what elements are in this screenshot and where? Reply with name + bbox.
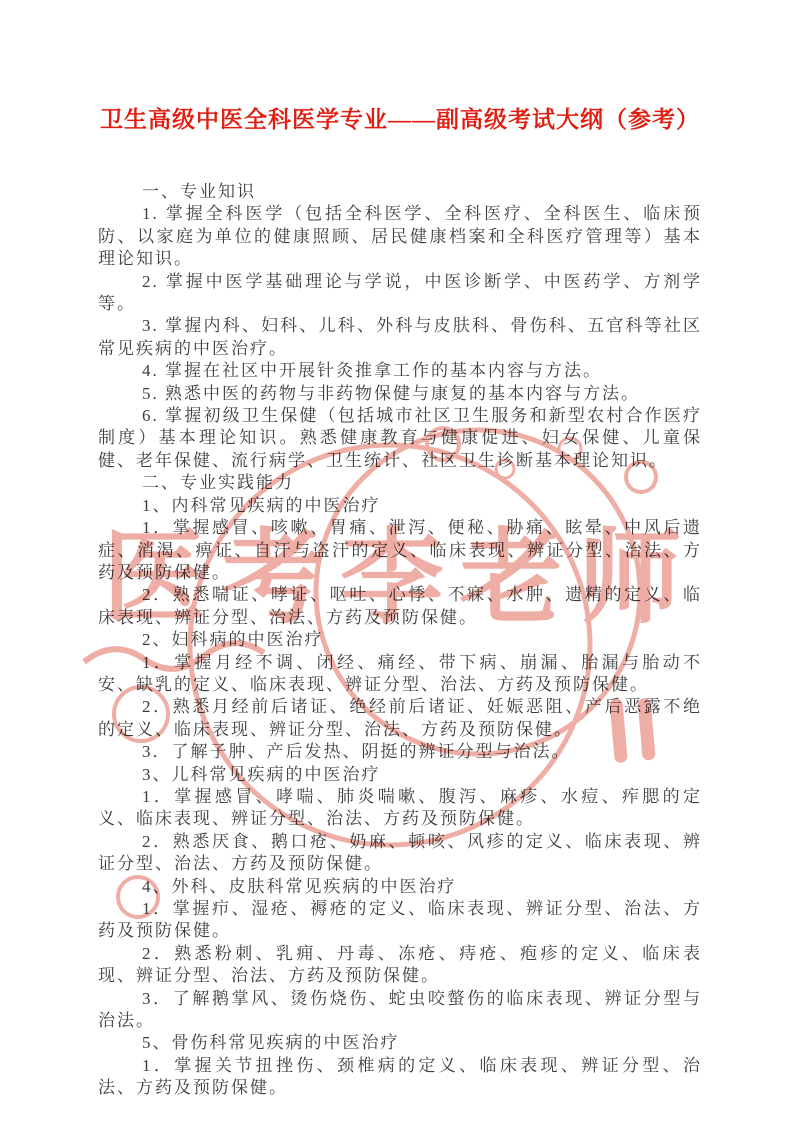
subsection-heading: 1、内科常见疾病的中医治疗 [98,495,702,517]
paragraph: 2．熟悉喘证、哮证、呕吐、心悸、不寐、水肿、遗精的定义、临床表现、辨证分型、治法… [98,584,702,629]
subsection-heading: 5、骨伤科常见疾病的中医治疗 [98,1032,702,1054]
document-page: 卫生高级中医全科医学专业——副高级考试大纲（参考） 一、专业知识 1. 掌握全科… [0,0,800,1132]
subsection-heading: 4、外科、皮肤科常见疾病的中医治疗 [98,876,702,898]
paragraph: 2．熟悉粉刺、乳痈、丹毒、冻疮、痔疮、疱疹的定义、临床表现、辨证分型、治法、方药… [98,943,702,988]
paragraph: 1．掌握感冒、哮喘、肺炎喘嗽、腹泻、麻疹、水痘、痄腮的定义、临床表现、辨证分型、… [98,786,702,831]
paragraph: 1．掌握感冒、咳嗽、胃痛、泄泻、便秘、胁痛、眩晕、中风后遗症、消渴、痹证、自汗与… [98,517,702,584]
paragraph: 1．掌握关节扭挫伤、颈椎病的定义、临床表现、辨证分型、治法、方药及预防保健。 [98,1055,702,1100]
section-heading: 二、专业实践能力 [98,472,702,494]
paragraph: 3．了解鹅掌风、烫伤烧伤、蛇虫咬螫伤的临床表现、辨证分型与治法。 [98,988,702,1033]
paragraph: 2．熟悉厌食、鹅口疮、奶麻、顿咳、风疹的定义、临床表现、辨证分型、治法、方药及预… [98,831,702,876]
paragraph: 2．熟悉月经前后诸证、绝经前后诸证、妊娠恶阻、产后恶露不绝的定义、临床表现、辨证… [98,696,702,741]
paragraph: 3．了解子肿、产后发热、阴挺的辨证分型与治法。 [98,741,702,763]
paragraph: 4. 掌握在社区中开展针灸推拿工作的基本内容与方法。 [98,360,702,382]
paragraph: 5. 熟悉中医的药物与非药物保健与康复的基本内容与方法。 [98,383,702,405]
paragraph: 6. 掌握初级卫生保健（包括城市社区卫生服务和新型农村合作医疗制度）基本理论知识… [98,405,702,472]
paragraph: 1．掌握疖、湿疮、褥疮的定义、临床表现、辨证分型、治法、方药及预防保健。 [98,898,702,943]
subsection-heading: 2、妇科病的中医治疗 [98,629,702,651]
document-body: 一、专业知识 1. 掌握全科医学（包括全科医学、全科医疗、全科医生、临床预防、以… [98,181,702,1100]
paragraph: 2. 掌握中医学基础理论与学说，中医诊断学、中医药学、方剂学等。 [98,271,702,316]
paragraph: 1. 掌握全科医学（包括全科医学、全科医疗、全科医生、临床预防、以家庭为单位的健… [98,203,702,270]
section-heading: 一、专业知识 [98,181,702,203]
subsection-heading: 3、儿科常见疾病的中医治疗 [98,764,702,786]
page-title: 卫生高级中医全科医学专业——副高级考试大纲（参考） [0,101,800,134]
paragraph: 1．掌握月经不调、闭经、痛经、带下病、崩漏、胎漏与胎动不安、缺乳的定义、临床表现… [98,652,702,697]
paragraph: 3. 掌握内科、妇科、儿科、外科与皮肤科、骨伤科、五官科等社区常见疾病的中医治疗… [98,315,702,360]
